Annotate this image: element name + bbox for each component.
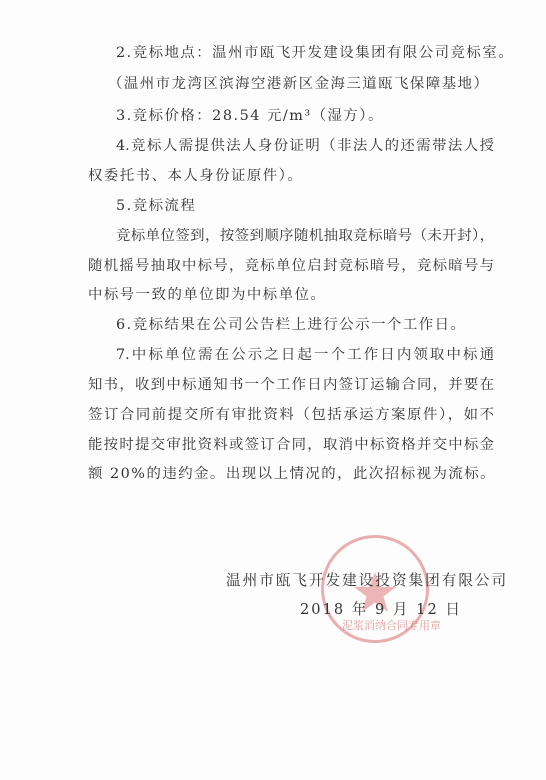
item-7-line1: 7.中标单位需在公示之日起一个工作日内领取中标通 bbox=[116, 345, 494, 365]
item-5-process-line2: 随机摇号抽取中标号，竞标单位启封竞标暗号，竞标暗号与 bbox=[88, 256, 494, 276]
item-5-process-line1: 竞标单位签到，按签到顺序随机抽取竞标暗号（未开封）， bbox=[116, 226, 494, 246]
item-4-requirements: 4.竞标人需提供法人身份证明（非法人的还需带法人授 bbox=[116, 136, 494, 156]
item-7-line3: 签订合同前提交所有审批资料（包括承运方案原件），如不 bbox=[88, 405, 494, 425]
seal-inner-text: 泥浆消纳合同专用章 bbox=[342, 617, 441, 633]
item-4-requirements-cont: 权委托书、本人身份证原件）。 bbox=[88, 166, 494, 186]
item-5-heading: 5.竞标流程 bbox=[116, 196, 494, 216]
item-2-location: 2.竞标地点：温州市瓯飞开发建设集团有限公司竞标室。 bbox=[116, 43, 494, 63]
item-3-price: 3.竞标价格：28.54 元/m³（湿方）。 bbox=[116, 106, 494, 126]
item-5-process-line3: 中标号一致的单位即为中标单位。 bbox=[88, 285, 494, 305]
item-7-line2: 知书，收到中标通知书一个工作日内签订运输合同，并要在 bbox=[88, 375, 494, 395]
item-7-line5: 额 20%的违约金。出现以上情况的，此次招标视为流标。 bbox=[88, 464, 494, 484]
item-6-publicity: 6.竞标结果在公司公告栏上进行公示一个工作日。 bbox=[116, 315, 494, 335]
item-7-line4: 能按时提交审批资料或签订合同，取消中标资格并交中标金 bbox=[88, 435, 494, 455]
location-address: （温州市龙湾区滨海空港新区金海三道瓯飞保障基地） bbox=[108, 74, 486, 94]
document-page: 2.竞标地点：温州市瓯飞开发建设集团有限公司竞标室。 （温州市龙湾区滨海空港新区… bbox=[0, 0, 546, 780]
signature-company: 温州市瓯飞开发建设投资集团有限公司 bbox=[226, 569, 508, 590]
signature-date: 2018 年 9 月 12 日 bbox=[300, 598, 462, 619]
